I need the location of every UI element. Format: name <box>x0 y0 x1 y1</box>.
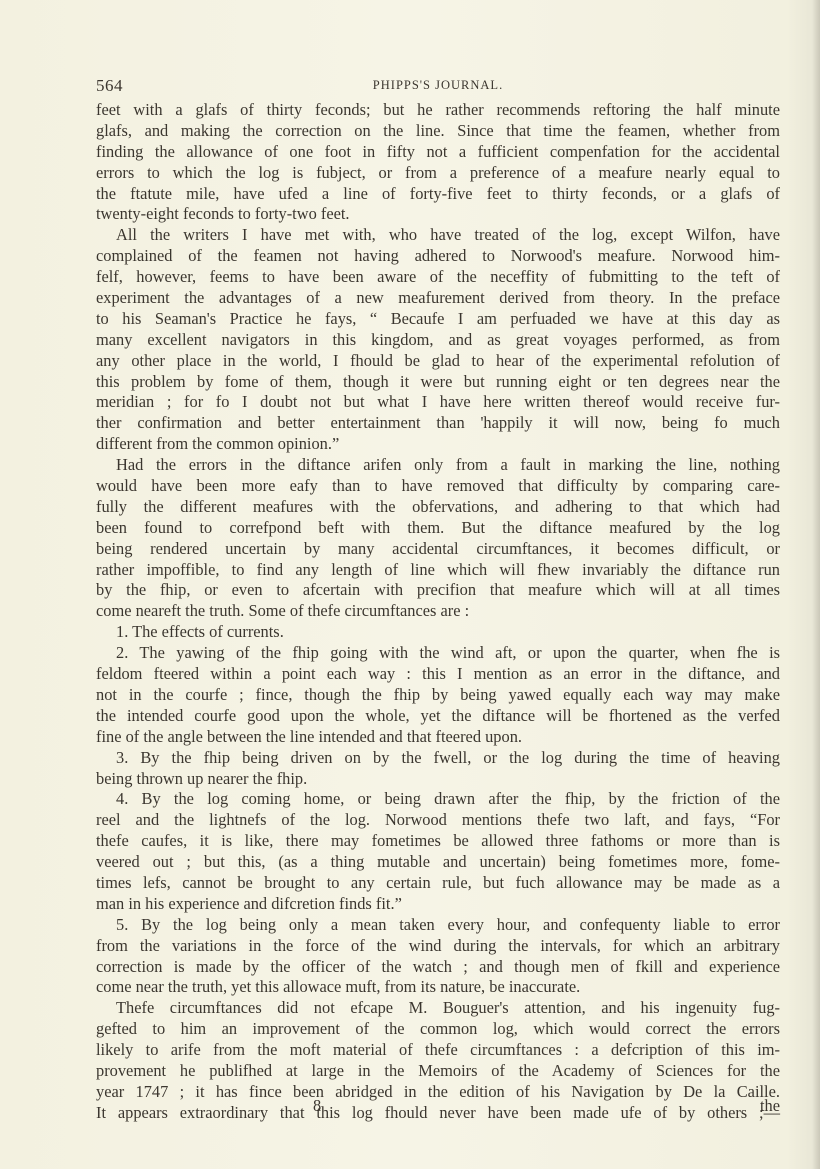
text-line: gefted to him an improvement of the comm… <box>96 1019 780 1040</box>
text-line: feldom fteered within a point each way :… <box>96 664 780 685</box>
text-line: felf, however, feems to have been aware … <box>96 267 780 288</box>
text-line: different from the common opinion.” <box>96 434 780 455</box>
text-line: to his Seaman's Practice he fays, “ Beca… <box>96 309 780 330</box>
text-line: errors to which the log is fubject, or f… <box>96 163 780 184</box>
text-line: experiment the advantages of a new meafu… <box>96 288 780 309</box>
text-line: complained of the feamen not having adhe… <box>96 246 780 267</box>
text-line: reel and the lightnefs of the log. Norwo… <box>96 810 780 831</box>
text-line: finding the allowance of one foot in fif… <box>96 142 780 163</box>
page-edge-shadow <box>812 0 820 1169</box>
book-page: 564 PHIPPS'S JOURNAL. feet with a glafs … <box>0 0 820 1169</box>
text-line: Had the errors in the diftance arifen on… <box>96 455 780 476</box>
text-line: thefe caufes, it is like, there may fome… <box>96 831 780 852</box>
text-line: man in his experience and difcretion fin… <box>96 894 780 915</box>
text-line: this problem by fome of them, though it … <box>96 372 780 393</box>
text-line: 4. By the log coming home, or being draw… <box>96 789 780 810</box>
text-line: correction is made by the officer of the… <box>96 957 780 978</box>
text-line: 1. The effects of currents. <box>96 622 780 643</box>
text-line: Thefe circumftances did not efcape M. Bo… <box>96 998 780 1019</box>
text-line: 5. By the log being only a mean taken ev… <box>96 915 780 936</box>
text-line: not in the courfe ; fince, though the fh… <box>96 685 780 706</box>
text-line: All the writers I have met with, who hav… <box>96 225 780 246</box>
text-line: fully the different meafures with the ob… <box>96 497 780 518</box>
text-line: meridian ; for fo I doubt not but what I… <box>96 392 780 413</box>
text-line: feet with a glafs of thirty feconds; but… <box>96 100 780 121</box>
text-line: likely to arife from the moft material o… <box>96 1040 780 1061</box>
text-line: any other place in the world, I fhould b… <box>96 351 780 372</box>
text-line: being rendered uncertain by many acciden… <box>96 539 780 560</box>
text-line: by the fhip, or even to afcertain with p… <box>96 580 780 601</box>
signature-mark: 8 <box>313 1096 321 1116</box>
text-line: the ftatute mile, have ufed a line of fo… <box>96 184 780 205</box>
text-line: ther confirmation and better entertainme… <box>96 413 780 434</box>
text-line: times lefs, cannot be brought to any cer… <box>96 873 780 894</box>
text-line: the intended courfe good upon the whole,… <box>96 706 780 727</box>
page-footer: 8 the <box>96 1096 780 1118</box>
text-line: come neareft the truth. Some of thefe ci… <box>96 601 780 622</box>
text-line: veered out ; but this, (as a thing mutab… <box>96 852 780 873</box>
text-line: would have been more eafy than to have r… <box>96 476 780 497</box>
text-line: fine of the angle between the line inten… <box>96 727 780 748</box>
body-text: feet with a glafs of thirty feconds; but… <box>96 100 780 1124</box>
running-head: PHIPPS'S JOURNAL. <box>96 78 780 93</box>
catchword: the <box>760 1096 780 1116</box>
text-line: being thrown up nearer the fhip. <box>96 769 780 790</box>
text-line: twenty-eight feconds to forty-two feet. <box>96 204 780 225</box>
text-line: from the variations in the force of the … <box>96 936 780 957</box>
text-line: 2. The yawing of the fhip going with the… <box>96 643 780 664</box>
text-line: been found to correfpond beft with them.… <box>96 518 780 539</box>
text-line: 3. By the fhip being driven on by the fw… <box>96 748 780 769</box>
page-header: 564 PHIPPS'S JOURNAL. <box>96 76 780 98</box>
text-line: rather impoffible, to find any length of… <box>96 560 780 581</box>
text-line: come near the truth, yet this allowace m… <box>96 977 780 998</box>
text-line: glafs, and making the correction on the … <box>96 121 780 142</box>
text-line: provement he publifhed at large in the M… <box>96 1061 780 1082</box>
text-line: many excellent navigators in this kingdo… <box>96 330 780 351</box>
